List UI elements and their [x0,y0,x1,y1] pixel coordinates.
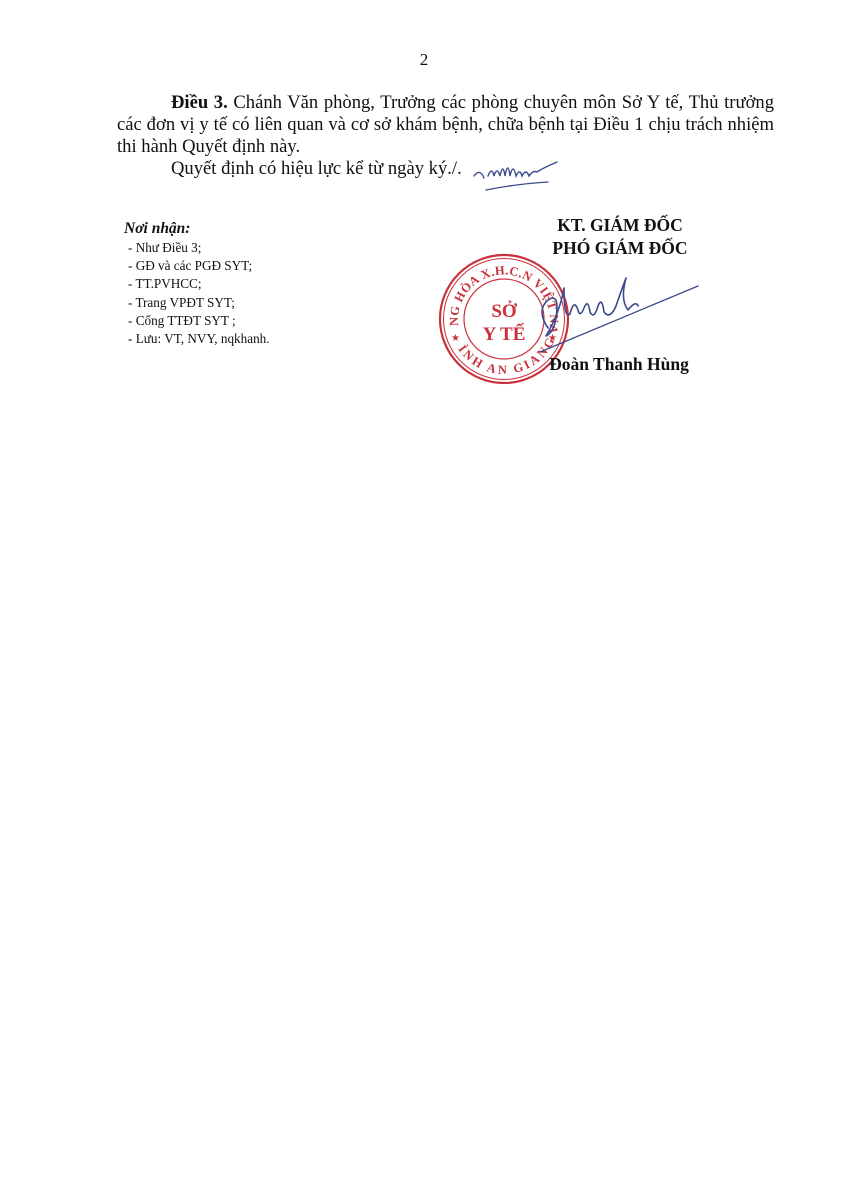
recipient-item: - TT.PVHCC; [128,275,424,293]
page-number: 2 [0,50,848,70]
svg-text:Y TẾ: Y TẾ [483,323,526,345]
recipient-item: - Cổng TTĐT SYT ; [128,312,424,330]
article-3-paragraph: Điều 3. Chánh Văn phòng, Trưởng các phòn… [117,92,774,158]
effective-date-paragraph: Quyết định có hiệu lực kể từ ngày ký./. [117,158,774,180]
article-label: Điều 3. [171,92,228,113]
svg-text:SỞ: SỞ [491,300,518,322]
signature-title-line1: KT. GIÁM ĐỐC [520,214,720,237]
recipient-item: - GĐ và các PGĐ SYT; [128,257,424,275]
recipient-item: - Lưu: VT, NVY, nqkhanh. [128,330,424,348]
initial-signature-icon [466,154,576,194]
recipients-heading: Nơi nhận: [124,219,424,239]
recipients-list: Nơi nhận: - Như Điều 3; - GĐ và các PGĐ … [124,219,424,348]
recipient-item: - Như Điều 3; [128,239,424,257]
decision-body: Điều 3. Chánh Văn phòng, Trưởng các phòn… [117,92,774,180]
handwritten-signature-icon [530,270,705,360]
svg-text:★: ★ [451,333,460,344]
recipient-item: - Trang VPĐT SYT; [128,294,424,312]
